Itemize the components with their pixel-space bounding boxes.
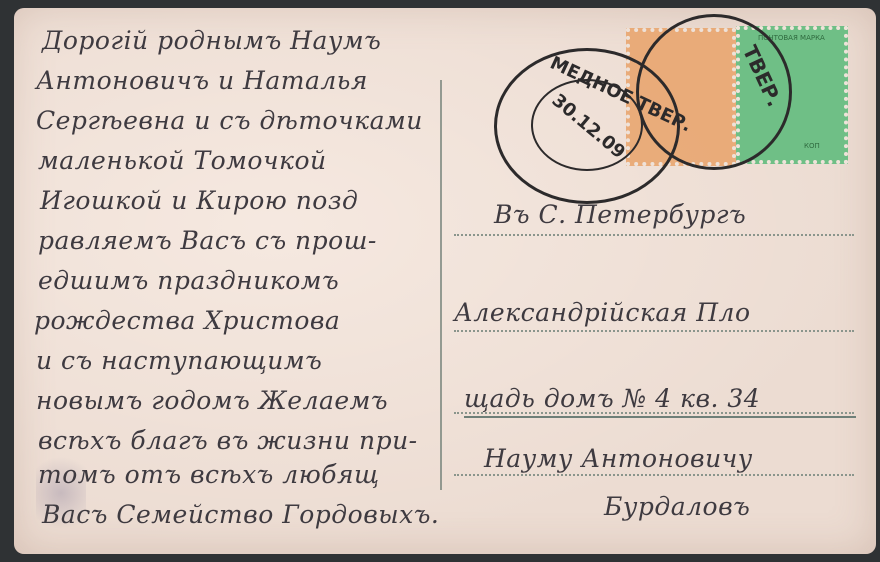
- address-line: щадь домъ № 4 кв. 34: [464, 384, 760, 413]
- message-line: маленькой Томочкой: [38, 146, 327, 175]
- address-rule: [454, 412, 854, 414]
- address-line: Науму Антоновичу: [484, 444, 753, 473]
- message-line: всѣхъ благъ въ жизни при-: [38, 426, 418, 455]
- address-line: Александрійская Пло: [454, 298, 751, 327]
- message-line: рождества Христова: [34, 306, 340, 335]
- address-line: Въ С. Петербургъ: [494, 200, 746, 229]
- message-line: Дорогій роднымъ Наумъ: [42, 26, 381, 55]
- message-line: Антоновичъ и Наталья: [36, 66, 368, 95]
- address-rule: [454, 330, 854, 332]
- message-line: равляемъ Васъ съ прош-: [38, 226, 377, 255]
- postcard-back: Дорогій роднымъ Наумъ Антоновичъ и Натал…: [14, 8, 876, 554]
- message-line: томъ отъ всѣхъ любящ: [38, 460, 380, 489]
- stamp-denomination-label: КОП: [804, 142, 820, 150]
- message-line: новымъ годомъ Желаемъ: [36, 386, 388, 415]
- message-line: и съ наступающимъ: [36, 346, 322, 375]
- address-rule: [454, 474, 854, 476]
- message-line: Сергѣевна и съ дѣточками: [36, 106, 423, 135]
- message-line: едшимъ праздникомъ: [38, 266, 339, 295]
- signature-line: Васъ Семейство Гордовыхъ.: [42, 500, 439, 529]
- address-rule: [454, 234, 854, 236]
- address-line: Бурдаловъ: [604, 492, 750, 521]
- message-line: Игошкой и Кирою позд: [40, 186, 358, 215]
- address-solid-rule: [464, 416, 856, 418]
- center-divider: [440, 80, 442, 490]
